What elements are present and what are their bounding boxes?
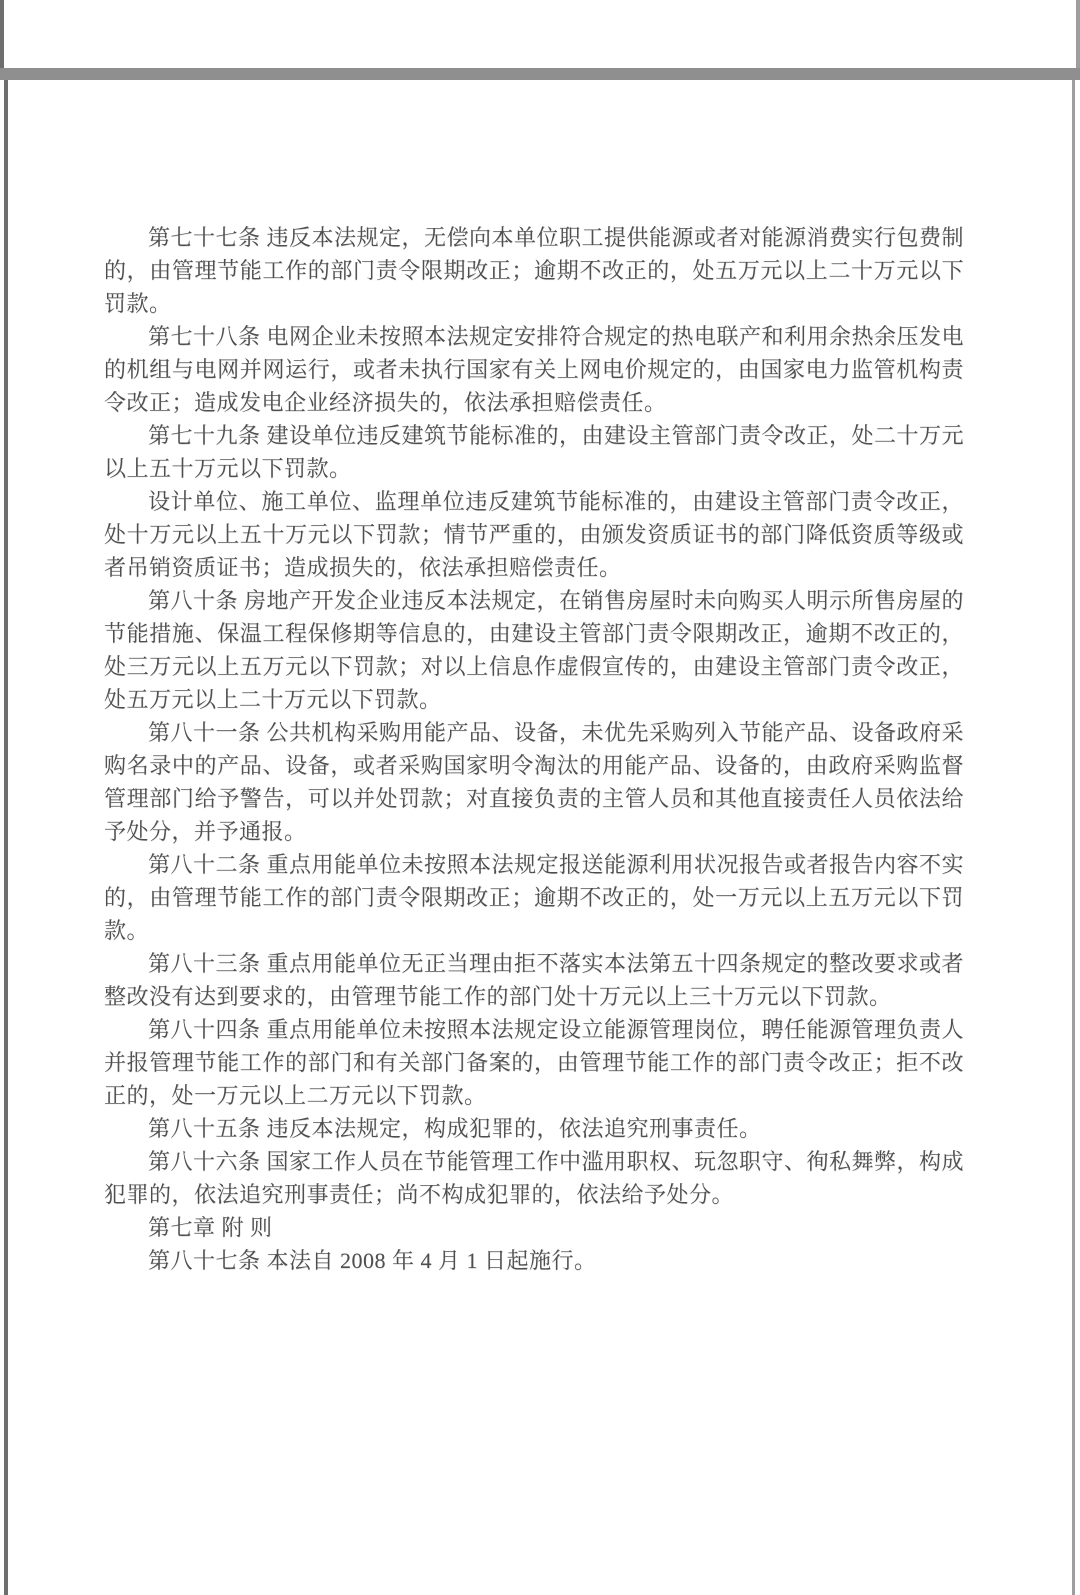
article-79-paragraph: 第七十九条 建设单位违反建筑节能标准的，由建设主管部门责令改正，处二十万元以上五…	[104, 419, 964, 485]
article-81-paragraph: 第八十一条 公共机构采购用能产品、设备，未优先采购列入节能产品、设备政府采购名录…	[104, 716, 964, 848]
article-79-paragraph-2: 设计单位、施工单位、监理单位违反建筑节能标准的，由建设主管部门责令改正，处十万元…	[104, 485, 964, 584]
article-83-paragraph: 第八十三条 重点用能单位无正当理由拒不落实本法第五十四条规定的整改要求或者整改没…	[104, 947, 964, 1013]
document-text: 第七十七条 违反本法规定，无偿向本单位职工提供能源或者对能源消费实行包费制的，由…	[104, 221, 964, 1277]
document-viewer: 第七十七条 违反本法规定，无偿向本单位职工提供能源或者对能源消费实行包费制的，由…	[0, 0, 1080, 1595]
article-78-paragraph: 第七十八条 电网企业未按照本法规定安排符合规定的热电联产和利用余热余压发电的机组…	[104, 320, 964, 419]
article-87-paragraph: 第八十七条 本法自 2008 年 4 月 1 日起施行。	[104, 1244, 964, 1277]
article-80-paragraph: 第八十条 房地产开发企业违反本法规定，在销售房屋时未向购买人明示所售房屋的节能措…	[104, 584, 964, 716]
document-page: 第七十七条 违反本法规定，无偿向本单位职工提供能源或者对能源消费实行包费制的，由…	[4, 80, 1075, 1595]
article-86-paragraph: 第八十六条 国家工作人员在节能管理工作中滥用职权、玩忽职守、徇私舞弊，构成犯罪的…	[104, 1145, 964, 1211]
page-separator	[0, 68, 1080, 80]
article-85-paragraph: 第八十五条 违反本法规定，构成犯罪的，依法追究刑事责任。	[104, 1112, 964, 1145]
previous-page-bottom	[0, 0, 1080, 68]
chapter-7-heading: 第七章 附 则	[104, 1211, 964, 1244]
article-82-paragraph: 第八十二条 重点用能单位未按照本法规定报送能源利用状况报告或者报告内容不实的，由…	[104, 848, 964, 947]
article-77-paragraph: 第七十七条 违反本法规定，无偿向本单位职工提供能源或者对能源消费实行包费制的，由…	[104, 221, 964, 320]
article-84-paragraph: 第八十四条 重点用能单位未按照本法规定设立能源管理岗位，聘任能源管理负责人并报管…	[104, 1013, 964, 1112]
